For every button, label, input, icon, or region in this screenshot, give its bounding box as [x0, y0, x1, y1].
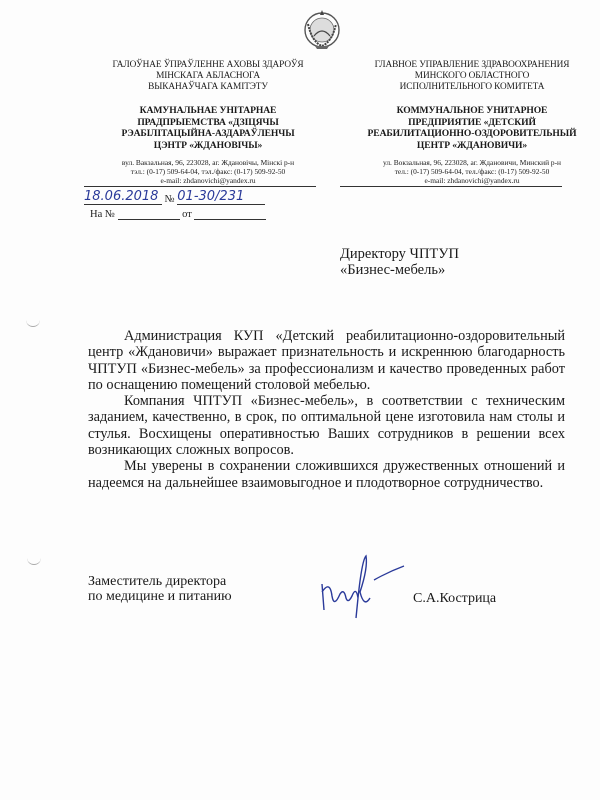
punch-hole-mark: [27, 556, 41, 565]
organization-name: КОММУНАЛЬНОЕ УНИТАРНОЕ ПРЕДПРИЯТИЕ «ДЕТС…: [352, 105, 592, 151]
address-line: вул. Вакзальная, 96, 223028, аг. Жданові…: [86, 158, 330, 167]
authority-line: МІНСКАГА АБЛАСНОГА: [92, 71, 324, 82]
address-line: ул. Вокзальная, 96, 223028, аг. Жданович…: [350, 158, 594, 167]
reply-number-blank: [118, 208, 180, 220]
org-line: ПРАДПРЫЕМСТВА «ДЗІЦЯЧЫ: [92, 117, 324, 129]
email-line: e-mail: zhdanovichi@yandex.ru: [350, 176, 594, 185]
letterhead-left: ГАЛОЎНАЕ ЎПРАЎЛЕННЕ АХОВЫ ЗДАРОЎЯ МІНСКА…: [92, 60, 324, 151]
organization-name: КАМУНАЛЬНАЕ УНІТАРНАЕ ПРАДПРЫЕМСТВА «ДЗІ…: [92, 105, 324, 151]
registration-date: 18.06.2018: [84, 189, 162, 205]
phone-line: тэл.: (0-17) 509-64-04, тэл./факс: (0-17…: [86, 167, 330, 176]
position-line: по медицине и питанию: [88, 589, 232, 604]
reply-label: На №: [90, 209, 115, 220]
org-line: РЭАБІЛІТАЦЫЙНА-АЗДАРАЎЛЕНЧЫ: [92, 128, 324, 140]
email-line: e-mail: zhdanovichi@yandex.ru: [86, 176, 330, 185]
divider: [340, 186, 562, 187]
divider: [84, 186, 316, 187]
org-line: ЦЕНТР «ЖДАНОВИЧИ»: [352, 140, 592, 152]
org-line: ПРЕДПРИЯТИЕ «ДЕТСКИЙ: [352, 117, 592, 129]
reply-line: На № от: [90, 208, 266, 220]
phone-line: тел.: (0-17) 509-64-04, тел./факс: (0-17…: [350, 167, 594, 176]
registration-line: 18.06.2018 № 01-30/231: [84, 189, 265, 205]
number-label: №: [165, 194, 175, 205]
letterhead-right: ГЛАВНОЕ УПРАВЛЕНИЕ ЗДРАВООХРАНЕНИЯ МИНСК…: [352, 60, 592, 151]
registration-number: 01-30/231: [177, 189, 265, 205]
paragraph: Компания ЧПТУП «Бизнес-мебель», в соотве…: [88, 393, 565, 458]
recipient-line: Директору ЧПТУП: [340, 246, 459, 262]
paragraph: Мы уверены в сохранении сложившихся друж…: [88, 458, 565, 491]
reply-date-blank: [194, 208, 266, 220]
address-right: ул. Вокзальная, 96, 223028, аг. Жданович…: [350, 158, 594, 185]
org-line: РЕАБИЛИТАЦИОННО-ОЗДОРОВИТЕЛЬНЫЙ: [352, 128, 592, 140]
org-line: ЦЭНТР «ЖДАНОВІЧЫ»: [92, 140, 324, 152]
letter-body: Администрация КУП «Детский реабилитацион…: [88, 328, 565, 491]
from-label: от: [182, 209, 192, 220]
signatory-position: Заместитель директора по медицине и пита…: [88, 574, 232, 604]
authority-line: МИНСКОГО ОБЛАСТНОГО: [352, 71, 592, 82]
paragraph: Администрация КУП «Детский реабилитацион…: [88, 328, 565, 393]
authority-line: ГЛАВНОЕ УПРАВЛЕНИЕ ЗДРАВООХРАНЕНИЯ: [352, 60, 592, 71]
coat-of-arms-icon: [302, 6, 342, 52]
handwritten-signature-icon: [318, 552, 408, 620]
authority-line: ГАЛОЎНАЕ ЎПРАЎЛЕННЕ АХОВЫ ЗДАРОЎЯ: [92, 60, 324, 71]
authority-line: ВЫКАНАЎЧАГА КАМІТЭТУ: [92, 82, 324, 93]
org-line: КАМУНАЛЬНАЕ УНІТАРНАЕ: [92, 105, 324, 117]
punch-hole-mark: [26, 318, 40, 327]
recipient: Директору ЧПТУП «Бизнес-мебель»: [340, 246, 459, 278]
signatory-name: С.А.Кострица: [413, 591, 496, 607]
authority-line: ИСПОЛНИТЕЛЬНОГО КОМИТЕТА: [352, 82, 592, 93]
address-left: вул. Вакзальная, 96, 223028, аг. Жданові…: [86, 158, 330, 185]
recipient-line: «Бизнес-мебель»: [340, 262, 459, 278]
position-line: Заместитель директора: [88, 574, 232, 589]
org-line: КОММУНАЛЬНОЕ УНИТАРНОЕ: [352, 105, 592, 117]
